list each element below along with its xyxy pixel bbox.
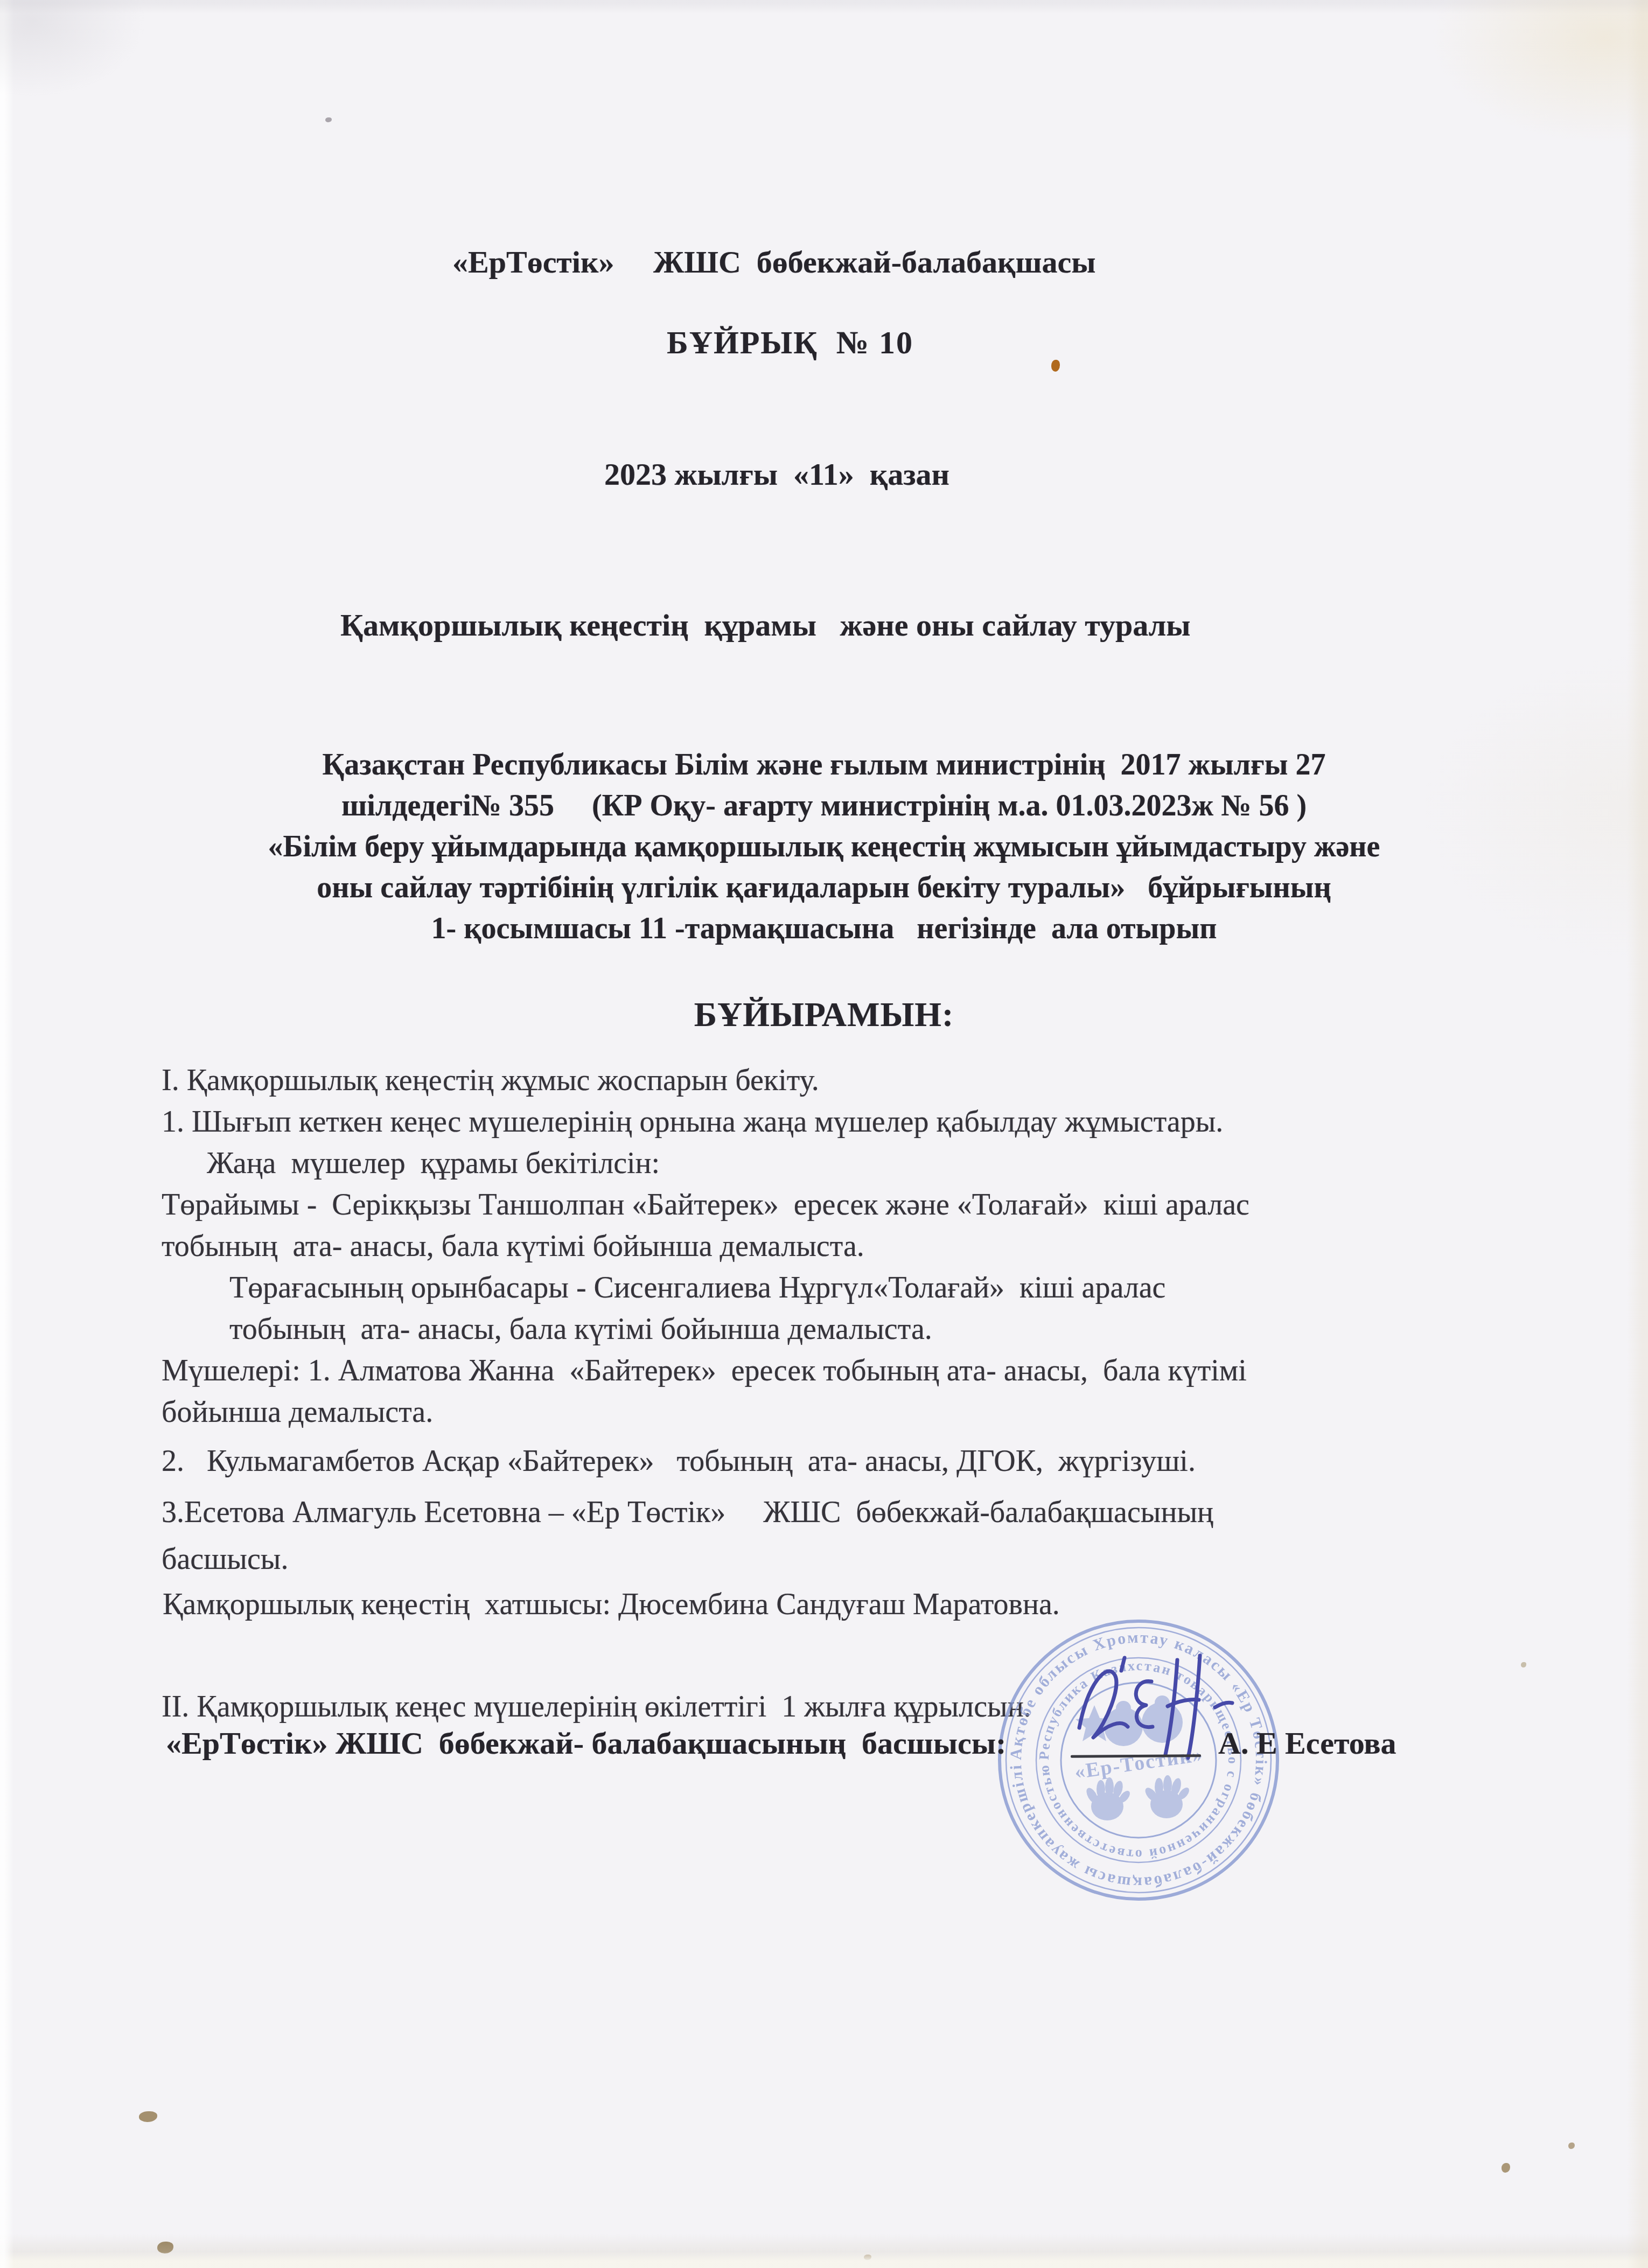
signature-label: «ЕрТөстік» ЖШС бөбекжай- балабақшасының … bbox=[166, 1725, 1006, 1762]
text-line: 1- қосымшасы 11 -тармақшасына негізінде … bbox=[162, 908, 1486, 949]
signature-handwriting bbox=[1060, 1647, 1238, 1771]
text-line: басшысы. bbox=[162, 1539, 1249, 1580]
signatory-name: А. Е Есетова bbox=[1218, 1725, 1396, 1762]
text-line: оны сайлау тәртібінің үлгілік қағидалары… bbox=[162, 867, 1486, 908]
secretary-line: Қамқоршылық кеңестің хатшысы: Дюсембина … bbox=[163, 1587, 1060, 1623]
text-line: тобының ата- анасы, бала күтімі бойынша … bbox=[162, 1226, 1249, 1267]
text-line: бойынша демалыста. bbox=[162, 1392, 1249, 1433]
scan-speck bbox=[325, 117, 332, 122]
scan-speck bbox=[1051, 360, 1060, 372]
scan-speck bbox=[1502, 2163, 1510, 2173]
text-line: І. Қамқоршылық кеңестің жұмыс жоспарын б… bbox=[162, 1060, 1249, 1101]
text-line: Жаңа мүшелер құрамы бекітілсін: bbox=[162, 1143, 1249, 1184]
scan-speck bbox=[157, 2242, 173, 2253]
scan-speck bbox=[1521, 1662, 1526, 1667]
text-line: «Білім беру ұйымдарында қамқоршылық кеңе… bbox=[162, 826, 1486, 867]
text-line: тобының ата- анасы, бала күтімі бойынша … bbox=[162, 1309, 1249, 1350]
resolution-heading: БҰЙЫРАМЫН: bbox=[162, 994, 1486, 1036]
term-line: ІІ. Қамқоршылық кеңес мүшелерінің өкілет… bbox=[162, 1689, 1031, 1725]
scan-speck bbox=[864, 2255, 871, 2260]
hand-right-icon bbox=[1143, 1775, 1191, 1818]
text-line: 1. Шығып кеткен кеңес мүшелерінің орнына… bbox=[162, 1101, 1249, 1143]
text-line: Төрағасының орынбасары - Сисенгалиева Нұ… bbox=[162, 1267, 1249, 1309]
text-line: 2. Кульмагамбетов Асқар «Байтерек» тобын… bbox=[162, 1441, 1249, 1482]
text-line: Қазақстан Республикасы Білім және ғылым … bbox=[162, 744, 1486, 785]
hand-left-icon bbox=[1084, 1777, 1132, 1820]
scanned-order-page: «ЕрТөстік» ЖШС бөбекжай-балабақшасы БҰЙР… bbox=[0, 0, 1648, 2268]
org-title: «ЕрТөстік» ЖШС бөбекжай-балабақшасы bbox=[452, 243, 1095, 281]
text-line: Төрайымы - Серікқызы Таншолпан «Байтерек… bbox=[162, 1184, 1249, 1226]
text-line: 3.Есетова Алмагуль Есетовна – «Ер Төстік… bbox=[162, 1492, 1249, 1533]
order-subject: Қамқоршылық кеңестің құрамы және оны сай… bbox=[340, 606, 1191, 644]
scan-speck bbox=[1568, 2143, 1575, 2149]
order-number-title: БҰЙРЫҚ № 10 bbox=[667, 323, 913, 362]
order-date: 2023 жылғы «11» қазан bbox=[604, 456, 949, 493]
scan-speck bbox=[139, 2111, 157, 2122]
legal-basis-paragraph: Қазақстан Республикасы Білім және ғылым … bbox=[162, 744, 1486, 949]
text-line: Мүшелері: 1. Алматова Жанна «Байтерек» е… bbox=[162, 1350, 1249, 1392]
order-body: І. Қамқоршылық кеңестің жұмыс жоспарын б… bbox=[162, 1060, 1249, 1580]
text-line: шілдедегі№ 355 (КР Оқу- ағарту министрін… bbox=[162, 785, 1486, 826]
